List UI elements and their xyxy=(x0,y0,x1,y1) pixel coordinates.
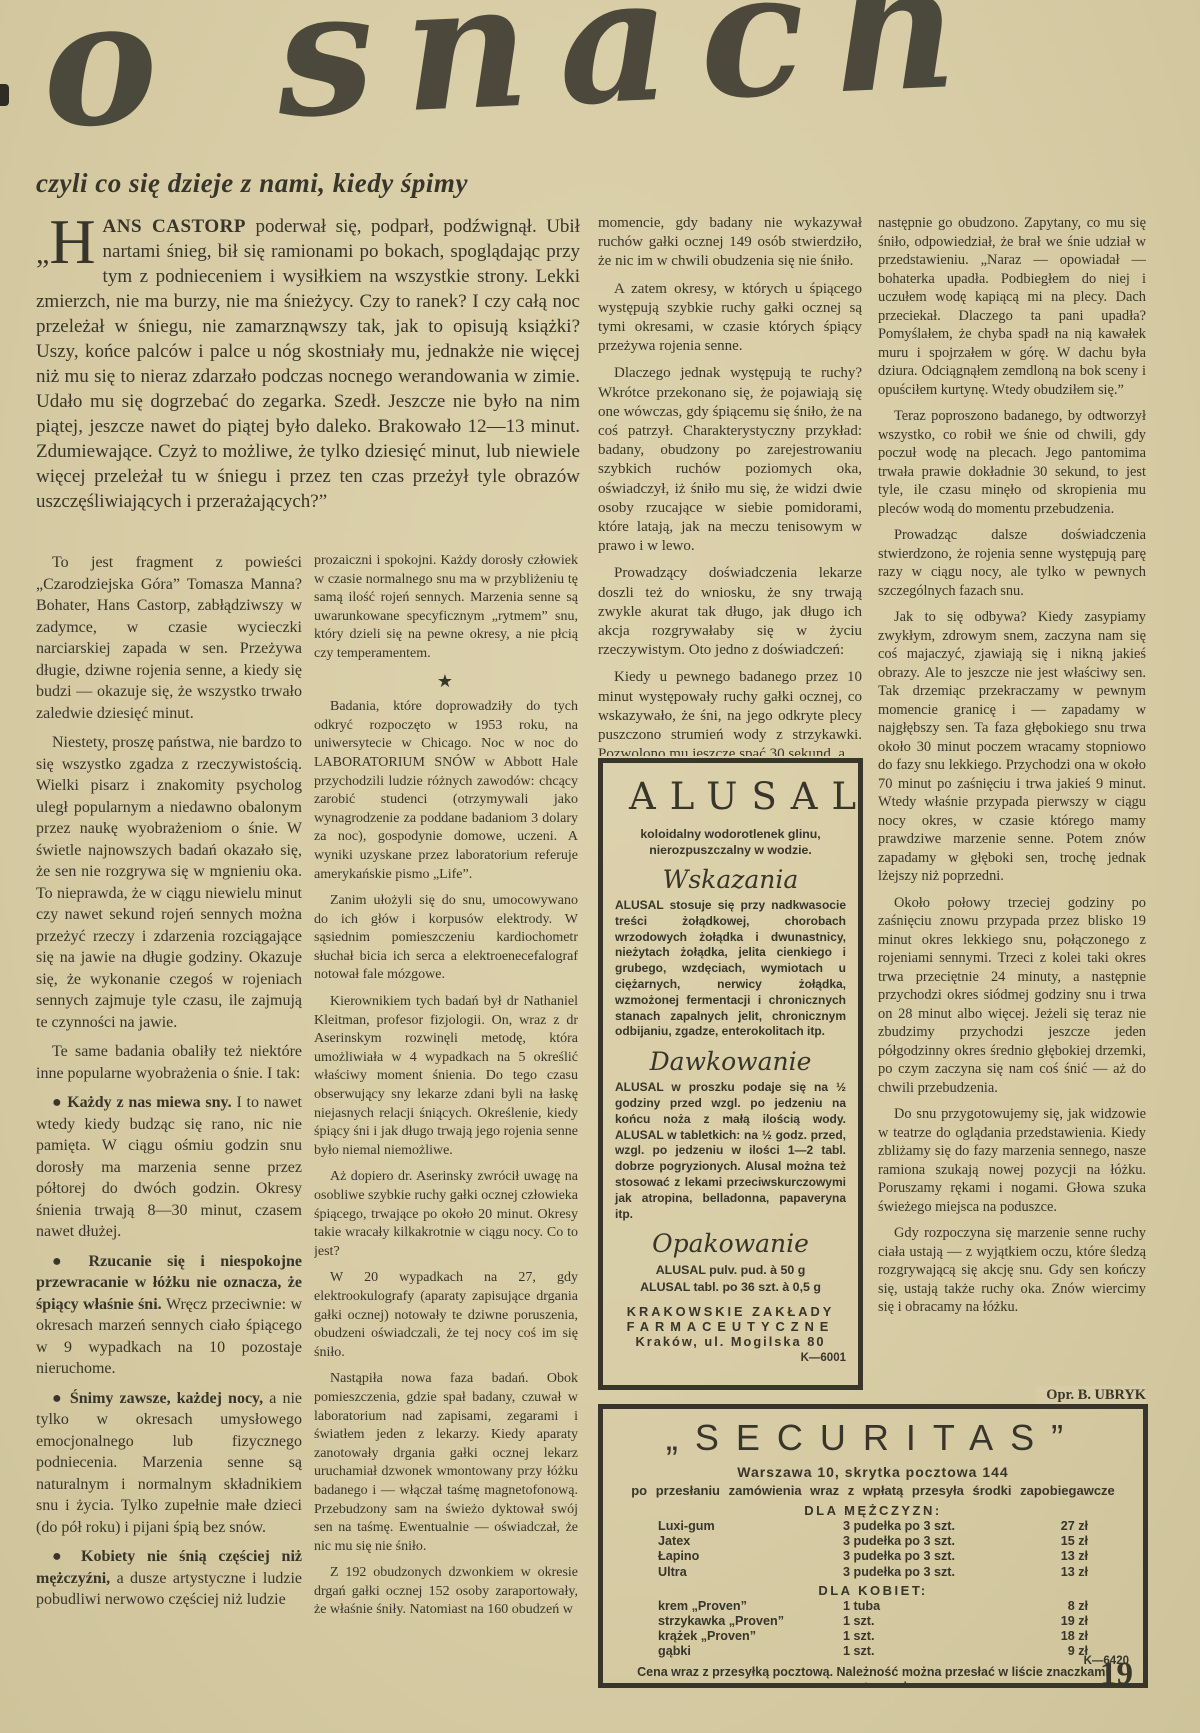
article-paragraph: ● Każdy z nas miewa sny. I to nawet wted… xyxy=(36,1092,302,1243)
product-row: strzykawka „Proven”1 szt.19 zł xyxy=(658,1614,1088,1629)
alusal-ad-subtitle: koloidalny wodorotlenek glinu, nierozpus… xyxy=(615,826,846,858)
article-paragraph: Jak to się odbywa? Kiedy zasypiamy zwykł… xyxy=(878,608,1146,886)
article-column-3: momencie, gdy badany nie wykazywał ruchó… xyxy=(598,214,862,756)
article-paragraph: Gdy rozpoczyna się marzenie senne ruchy … xyxy=(878,1224,1146,1317)
alusal-maker-address: Kraków, ul. Mogilska 80 xyxy=(615,1334,846,1349)
article-paragraph: Około połowy trzeciej godziny po zaśnięc… xyxy=(878,894,1146,1098)
product-price: 8 zł xyxy=(1018,1599,1088,1614)
article-paragraph: Prowadzący doświadczenia lekarze doszli … xyxy=(598,564,862,660)
product-name: krążek „Proven” xyxy=(658,1629,843,1644)
securitas-advertisement: „SECURITAS” Warszawa 10, skrytka pocztow… xyxy=(598,1404,1148,1688)
article-paragraph: Do snu przygotowujemy się, jak widzowie … xyxy=(878,1105,1146,1216)
article-paragraph: Kierownikiem tych badań był dr Nathaniel… xyxy=(314,993,578,1160)
product-row: gąbki1 szt.9 zł xyxy=(658,1644,1088,1659)
product-price: 19 zł xyxy=(1018,1614,1088,1629)
dropcap: „H xyxy=(36,214,103,279)
alusal-ad-title: ALUSAL xyxy=(615,775,846,818)
securitas-women-heading: DLA KOBIET: xyxy=(619,1583,1127,1598)
page-title-handwritten: o snach xyxy=(38,0,1196,167)
article-paragraph: Nastąpiła nowa faza badań. Obok pomieszc… xyxy=(314,1370,578,1556)
product-quantity: 1 szt. xyxy=(843,1644,1018,1659)
product-quantity: 3 pudełka po 3 szt. xyxy=(843,1519,1018,1534)
article-paragraph: Badania, które doprowadziły do tych odkr… xyxy=(314,698,578,884)
product-name: krem „Proven” xyxy=(658,1599,843,1614)
product-quantity: 3 pudełka po 3 szt. xyxy=(843,1549,1018,1564)
product-name: Łapino xyxy=(658,1549,843,1564)
alusal-dawkowanie-heading: Dawkowanie xyxy=(615,1047,846,1076)
article-paragraph: Aż dopiero dr. Aserinsky zwrócił uwagę n… xyxy=(314,1168,578,1261)
article-paragraph: Zanim ułożyli się do snu, umocowywano do… xyxy=(314,892,578,985)
product-price: 18 zł xyxy=(1018,1629,1088,1644)
article-paragraph: Te same badania obaliły też niektóre inn… xyxy=(36,1041,302,1084)
securitas-price-note: Cena wraz z przesyłką pocztową. Należnoś… xyxy=(619,1665,1127,1688)
product-price: 15 zł xyxy=(1018,1534,1088,1549)
column-4-paragraphs: następnie go obudzono. Zapytany, co mu s… xyxy=(878,214,1146,1317)
product-price: 9 zł xyxy=(1018,1644,1088,1659)
alusal-dawkowanie-body: ALUSAL w proszku podaje się na ½ godziny… xyxy=(615,1080,846,1222)
ink-blob-mark xyxy=(0,84,9,106)
article-subtitle: czyli co się dzieje z nami, kiedy śpimy xyxy=(36,168,468,199)
product-row: krem „Proven”1 tuba8 zł xyxy=(658,1599,1088,1614)
page-number: 19 xyxy=(1100,1656,1133,1693)
securitas-ad-title: „SECURITAS” xyxy=(619,1417,1127,1459)
article-paragraph: ● Śnimy zawsze, każdej nocy, a nie tylko… xyxy=(36,1388,302,1539)
lead-text: poderwał się, podparł, podźwignął. Ubił … xyxy=(36,216,580,512)
alusal-package-line-1: ALUSAL pulv. pud. à 50 g xyxy=(615,1262,846,1279)
product-row: krążek „Proven”1 szt.18 zł xyxy=(658,1629,1088,1644)
product-row: Łapino3 pudełka po 3 szt.13 zł xyxy=(658,1549,1088,1564)
article-paragraph: następnie go obudzono. Zapytany, co mu s… xyxy=(878,214,1146,399)
alusal-package-line-2: ALUSAL tabl. po 36 szt. à 0,5 g xyxy=(615,1279,846,1296)
dropcap-letter: H xyxy=(49,206,95,277)
column-separator: ★ xyxy=(314,672,578,691)
alusal-maker-line-1: KRAKOWSKIE ZAKŁADY xyxy=(615,1304,846,1319)
article-paragraph: ● Kobiety nie śnią częściej niż mężczyźn… xyxy=(36,1546,302,1611)
product-name: strzykawka „Proven” xyxy=(658,1614,843,1629)
article-paragraph: W 20 wypadkach na 27, gdy elektrookulogr… xyxy=(314,1269,578,1362)
article-paragraph: Niestety, proszę państwa, nie bardzo to … xyxy=(36,732,302,1033)
product-quantity: 1 tuba xyxy=(843,1599,1018,1614)
article-paragraph: prozaiczni i spokojni. Każdy dorosły czł… xyxy=(314,552,578,664)
alusal-advertisement: ALUSAL koloidalny wodorotlenek glinu, ni… xyxy=(598,758,863,1390)
article-column-2: prozaiczni i spokojni. Każdy dorosły czł… xyxy=(314,552,578,1657)
securitas-women-table: krem „Proven”1 tuba8 złstrzykawka „Prove… xyxy=(658,1599,1088,1660)
article-paragraph: momencie, gdy badany nie wykazywał ruchó… xyxy=(598,214,862,272)
product-quantity: 1 szt. xyxy=(843,1614,1018,1629)
article-paragraph: A zatem okresy, w których u śpiącego wys… xyxy=(598,280,862,357)
product-price: 13 zł xyxy=(1018,1549,1088,1564)
product-name: gąbki xyxy=(658,1644,843,1659)
article-column-4: następnie go obudzono. Zapytany, co mu s… xyxy=(878,214,1146,1406)
product-row: Ultra3 pudełka po 3 szt.13 zł xyxy=(658,1565,1088,1580)
product-name: Ultra xyxy=(658,1565,843,1580)
product-name: Jatex xyxy=(658,1534,843,1549)
securitas-address: Warszawa 10, skrytka pocztowa 144 xyxy=(619,1464,1127,1480)
product-quantity: 3 pudełka po 3 szt. xyxy=(843,1565,1018,1580)
alusal-maker-line-2: FARMACEUTYCZNE xyxy=(615,1319,846,1334)
product-row: Jatex3 pudełka po 3 szt.15 zł xyxy=(658,1534,1088,1549)
lead-bold-intro: ANS CASTORP xyxy=(103,216,246,237)
article-paragraph: Teraz poproszono badanego, by odtworzył … xyxy=(878,407,1146,518)
lead-paragraph: „HANS CASTORP poderwał się, podparł, pod… xyxy=(36,214,580,514)
article-paragraph: ● Rzucanie się i niespokojne przewracani… xyxy=(36,1251,302,1380)
magazine-page: o snach czyli co się dzieje z nami, kied… xyxy=(0,0,1200,1733)
article-paragraph: To jest fragment z powieści „Czarodziejs… xyxy=(36,552,302,724)
alusal-wskazania-heading: Wskazania xyxy=(615,865,846,894)
alusal-wskazania-body: ALUSAL stosuje się przy nadkwasocie treś… xyxy=(615,898,846,1040)
product-name: Luxi-gum xyxy=(658,1519,843,1534)
article-paragraph: Prowadząc dalsze doświadczenia stwierdzo… xyxy=(878,526,1146,600)
product-quantity: 1 szt. xyxy=(843,1629,1018,1644)
product-quantity: 3 pudełka po 3 szt. xyxy=(843,1534,1018,1549)
securitas-men-heading: DLA MĘŻCZYZN: xyxy=(619,1503,1127,1518)
article-column-1: To jest fragment z powieści „Czarodziejs… xyxy=(36,552,302,1657)
author-byline: Opr. B. UBRYK xyxy=(1036,1386,1146,1405)
article-paragraph: Dlaczego jednak występują te ruchy? Wkró… xyxy=(598,364,862,556)
product-row: Luxi-gum3 pudełka po 3 szt.27 zł xyxy=(658,1519,1088,1534)
alusal-opakowanie-heading: Opakowanie xyxy=(615,1229,846,1258)
product-price: 27 zł xyxy=(1018,1519,1088,1534)
alusal-ad-code: K—6001 xyxy=(615,1352,846,1364)
open-quote: „ xyxy=(36,237,49,270)
product-price: 13 zł xyxy=(1018,1565,1088,1580)
securitas-men-table: Luxi-gum3 pudełka po 3 szt.27 złJatex3 p… xyxy=(658,1519,1088,1580)
article-paragraph: Z 192 obudzonych dzwonkiem w okresie drg… xyxy=(314,1564,578,1620)
article-paragraph: Kiedy u pewnego badanego przez 10 minut … xyxy=(598,668,862,756)
securitas-promise-line: po przesłaniu zamówienia wraz z wpłatą p… xyxy=(619,1483,1127,1498)
